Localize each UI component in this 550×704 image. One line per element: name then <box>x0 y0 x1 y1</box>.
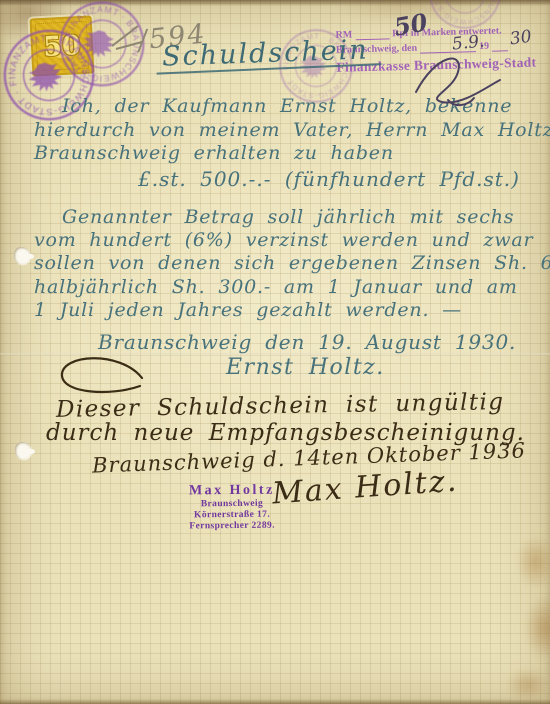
handwritten-paraph <box>402 48 507 110</box>
schuldschein-document: 50 FINANZAMT · BRAUNSCHWEIG-STADT · FINA… <box>0 0 550 704</box>
body-line: sollen von denen sich ergebenen Zinsen S… <box>34 252 550 274</box>
body-line: Genannter Betrag soll jährlich mit sechs <box>62 206 514 228</box>
borrower-signature: Ernst Holtz. <box>226 355 385 380</box>
paper-bottom-edge <box>0 699 550 704</box>
punch-hole <box>14 247 30 264</box>
place-date-line: Braunschweig den 19. August 1930. <box>98 330 516 354</box>
body-line: Braunschweig erhalten zu haben <box>34 142 394 164</box>
document-title: Schuldschein <box>162 34 370 72</box>
body-line: vom hundert (6%) verzinst werden und zwa… <box>34 229 533 251</box>
body-line: hierdurch von meinem Vater, Herrn Max Ho… <box>34 119 550 141</box>
paper-stain <box>506 668 550 702</box>
amount-line: £.st. 500.-.- (fünfhundert Pfd.st.) <box>138 167 520 191</box>
address-stamp-phone: Fernsprecher 2289. <box>172 520 292 532</box>
paper-stain <box>516 536 550 588</box>
ink-flourish <box>50 350 150 400</box>
body-line: halbjährlich Sh. 300.- am 1 Januar und a… <box>34 276 518 298</box>
revenue-stamp: 50 <box>30 15 95 76</box>
handwritten-year: 30 <box>509 27 533 50</box>
handwritten-amount: 50 <box>392 7 430 41</box>
paper-stain <box>524 596 550 660</box>
body-line: 1 Juli jeden Jahres gezahlt werden. — <box>34 299 462 321</box>
lender-signature: Max Holtz. <box>271 464 459 512</box>
revenue-stamp-value: 50 <box>43 32 82 61</box>
paper-top-edge <box>0 0 550 6</box>
punch-hole <box>15 442 31 459</box>
